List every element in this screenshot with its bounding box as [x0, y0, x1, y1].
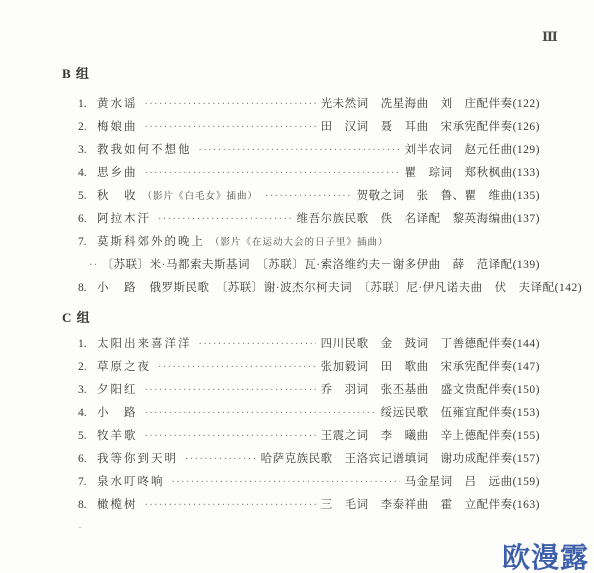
entry-title: 太阳出来喜洋洋 [97, 333, 192, 356]
toc-entry: 3. 夕阳红 ·································… [62, 379, 540, 402]
dot-leader: ········································… [265, 192, 352, 202]
entry-number: 6. [78, 208, 97, 231]
entry-credits: 张加毅词 田 歌曲 宋承宪配伴奏(147) [321, 356, 540, 379]
toc-entry-continuation: ········································… [62, 254, 540, 277]
section-heading-b: B 组 [62, 62, 540, 85]
entry-credits: 绥远民歌 伍雍宜配伴奏(153) [381, 402, 540, 425]
toc-entry: 2. 梅娘曲 ·································… [62, 116, 540, 139]
page-number: Ⅲ [542, 29, 559, 45]
toc-entry: 1. 太阳出来喜洋洋 ·····························… [62, 333, 540, 356]
entry-number: 4. [78, 162, 97, 185]
entry-credits: 哈萨克族民歌 王洛宾记谱填词 谢功成配伴奏(157) [261, 448, 540, 471]
toc-entry: 5. 牧羊歌 ·································… [62, 425, 540, 448]
toc-entry: 7. 莫斯科郊外的晚上 （影片《在运动大会的日子里》插曲） [62, 231, 540, 254]
entry-number: 7. [78, 231, 97, 254]
section-heading-c: C 组 [62, 306, 540, 329]
entry-credits: 马金星词 吕 远曲(159) [405, 471, 540, 494]
entry-title: 思乡曲 [97, 162, 138, 185]
toc-entry: 4. 小 路 ·································… [62, 402, 540, 425]
dot-leader: ········································… [199, 146, 400, 156]
entry-credits: 刘半农词 赵元任曲(129) [405, 139, 540, 162]
entry-number: 2. [78, 356, 97, 379]
entry-title: 我等你到天明 [97, 448, 178, 471]
dot-leader: ········································… [158, 363, 316, 373]
dot-leader: ········································… [145, 409, 376, 419]
toc-entry: 4. 思乡曲 ·································… [62, 162, 540, 185]
dot-leader: ········································… [199, 340, 316, 350]
entry-title: 牧羊歌 [97, 425, 138, 448]
entry-number: 4. [78, 402, 97, 425]
dot-leader: ········································… [145, 501, 316, 511]
entry-number: 2. [78, 116, 97, 139]
toc-entry: 8. 橄榄树 ·································… [62, 494, 540, 517]
entry-title: 黄水谣 [97, 93, 138, 116]
entry-number: 8. [78, 494, 97, 517]
entry-title: 小 路 [97, 402, 138, 425]
dot-leader: ········································… [145, 386, 316, 396]
entry-number: 6. [78, 448, 97, 471]
entry-title: 梅娘曲 [97, 116, 138, 139]
entry-credits: 乔 羽词 张丕基曲 盛文贵配伴奏(150) [321, 379, 540, 402]
entry-credits: 王震之词 李 曦曲 辛上德配伴奏(155) [321, 425, 540, 448]
entry-credits: 贺敬之词 张 鲁、瞿 维曲(135) [357, 185, 540, 208]
entry-subtitle: （影片《白毛女》插曲） [143, 186, 259, 209]
dot-leader: ········································… [185, 455, 256, 465]
toc-entry: 2. 草原之夜 ································… [62, 356, 540, 379]
dot-leader: ········································… [145, 432, 316, 442]
entry-subtitle: （影片《在运动大会的日子里》插曲） [210, 232, 389, 255]
entry-title: 小 路 [97, 277, 138, 300]
entry-number: 3. [78, 379, 97, 402]
toc-entry: 1. 黄水谣 ·································… [62, 93, 540, 116]
entry-title: 莫斯科郊外的晚上 [97, 231, 205, 254]
toc-entry: 8. 小 路 ·································… [62, 277, 540, 300]
entry-number: 8. [78, 277, 97, 300]
dot-leader: ········································… [145, 123, 316, 133]
watermark-logo: 欧漫露 [502, 536, 589, 573]
entry-title: 秋 收 [97, 185, 138, 208]
entry-number: 1. [78, 333, 97, 356]
dot-leader: ········································… [158, 215, 292, 225]
entry-credits: 〔苏联〕米·马都索夫斯基词 〔苏联〕瓦·索洛维约夫－谢多伊曲 薛 范译配(139… [102, 254, 540, 277]
table-of-contents: B 组 1. 黄水谣 ·····························… [62, 62, 540, 517]
entry-credits: 瞿 琮词 郑秋枫曲(133) [405, 162, 540, 185]
entry-number: 7. [78, 471, 97, 494]
entry-number: 1. [78, 93, 97, 116]
entry-credits: 四川民歌 金 鼓词 丁善德配伴奏(144) [321, 333, 540, 356]
scan-artifact-dot: · [78, 520, 82, 535]
entry-title: 橄榄树 [97, 494, 138, 517]
entry-credits: 田 汉词 聂 耳曲 宋承宪配伴奏(126) [321, 116, 540, 139]
entry-title: 夕阳红 [97, 379, 138, 402]
entry-credits: 光未然词 冼星海曲 刘 庄配伴奏(122) [321, 93, 540, 116]
entry-title: 阿拉木汗 [97, 208, 151, 231]
entry-number: 5. [78, 425, 97, 448]
entry-number: 5. [78, 185, 97, 208]
dot-leader: ········································… [145, 100, 316, 110]
section-c: C 组 1. 太阳出来喜洋洋 ·························… [62, 306, 540, 517]
entry-credits: 维吾尔族民歌 佚 名译配 黎英海编曲(137) [297, 208, 540, 231]
book-page: Ⅲ B 组 1. 黄水谣 ···························… [0, 0, 594, 573]
entry-number: 3. [78, 139, 97, 162]
section-b: B 组 1. 黄水谣 ·····························… [62, 62, 540, 300]
entry-title: 教我如何不想他 [97, 139, 192, 162]
dot-leader: ········································… [89, 261, 97, 271]
toc-entry: 6. 我等你到天明 ······························… [62, 448, 540, 471]
entry-title: 草原之夜 [97, 356, 151, 379]
entry-title: 泉水叮咚响 [97, 471, 165, 494]
entry-credits: 三 毛词 李泰祥曲 霍 立配伴奏(163) [321, 494, 540, 517]
dot-leader: ········································… [172, 478, 400, 488]
entry-credits: 俄罗斯民歌 〔苏联〕谢·波杰尔柯夫词 〔苏联〕尼·伊凡诺夫曲 伏 夫译配(142… [150, 277, 583, 300]
dot-leader: ········································… [145, 169, 400, 179]
toc-entry: 6. 阿拉木汗 ································… [62, 208, 540, 231]
toc-entry: 5. 秋 收 （影片《白毛女》插曲） ·····················… [62, 185, 540, 208]
toc-entry: 7. 泉水叮咚响 ·······························… [62, 471, 540, 494]
toc-entry: 3. 教我如何不想他 ·····························… [62, 139, 540, 162]
